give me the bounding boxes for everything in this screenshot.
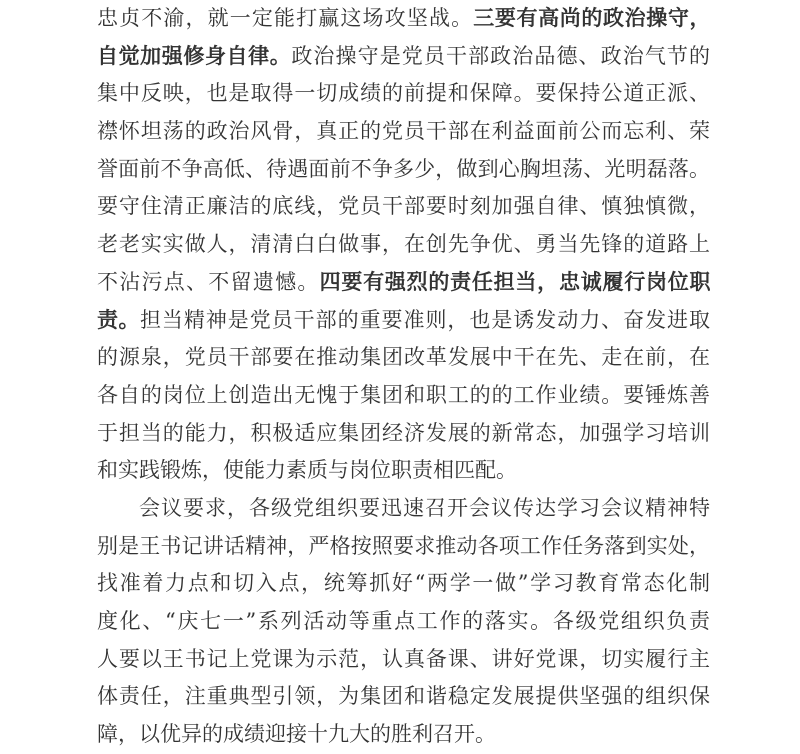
document-page: 忠贞不渝，就一定能打赢这场攻坚战。三要有高尚的政治操守，自觉加强修身自律。政治操…	[0, 0, 800, 754]
text-line: 襟怀坦荡的政治风骨，真正的党员干部在利益面前公而忘利、荣	[97, 113, 710, 151]
text-line: 各自的岗位上创造出无愧于集团和职工的的工作业绩。要锤炼善	[97, 377, 710, 415]
text-line: 不沾污点、不留遗憾。四要有强烈的责任担当，忠诚履行岗位职	[97, 264, 710, 302]
text-line: 会议要求，各级党组织要迅速召开会议传达学习会议精神特	[97, 490, 710, 528]
text-line: 的源泉，党员干部要在推动集团改革发展中干在先、走在前，在	[97, 339, 710, 377]
text-line: 度化、“庆七一”系列活动等重点工作的落实。各级党组织负责	[97, 603, 710, 641]
text-segment: 和实践锻炼，使能力素质与岗位职责相匹配。	[97, 458, 517, 482]
document-body: 忠贞不渝，就一定能打赢这场攻坚战。三要有高尚的政治操守，自觉加强修身自律。政治操…	[97, 0, 710, 754]
text-line: 责。担当精神是党员干部的重要准则，也是诱发动力、奋发进取	[97, 302, 710, 340]
text-segment-bold: 自觉加强修身自律。	[97, 44, 291, 68]
text-line: 找准着力点和切入点，统筹抓好“两学一做”学习教育常态化制	[97, 565, 710, 603]
text-line: 自觉加强修身自律。政治操守是党员干部政治品德、政治气节的	[97, 38, 710, 76]
text-line: 体责任，注重典型引领，为集团和谐稳定发展提供坚强的组织保	[97, 678, 710, 716]
text-segment: 老老实实做人，清清白白做事，在创先争优、勇当先锋的道路上	[97, 232, 710, 256]
text-line: 别是王书记讲话精神，严格按照要求推动各项工作任务落到实处，	[97, 528, 710, 566]
paragraph: 忠贞不渝，就一定能打赢这场攻坚战。三要有高尚的政治操守，自觉加强修身自律。政治操…	[97, 0, 710, 490]
paragraph: 会议要求，各级党组织要迅速召开会议传达学习会议精神特别是王书记讲话精神，严格按照…	[97, 490, 710, 754]
text-segment: 于担当的能力，积极适应集团经济发展的新常态，加强学习培训	[97, 421, 710, 445]
text-segment: 会议要求，各级党组织要迅速召开会议传达学习会议精神特	[139, 496, 710, 520]
text-segment: 忠贞不渝，就一定能打赢这场攻坚战。	[97, 6, 473, 30]
text-segment: 各自的岗位上创造出无愧于集团和职工的的工作业绩。要锤炼善	[97, 383, 710, 407]
text-segment: 政治操守是党员干部政治品德、政治气节的	[291, 44, 710, 68]
text-segment: 誉面前不争高低、待遇面前不争多少，做到心胸坦荡、光明磊落。	[97, 157, 710, 181]
text-line: 和实践锻炼，使能力素质与岗位职责相匹配。	[97, 452, 710, 490]
text-segment: 担当精神是党员干部的重要准则，也是诱发动力、奋发进取	[140, 308, 710, 332]
text-segment: 度化、“庆七一”系列活动等重点工作的落实。各级党组织负责	[97, 609, 710, 633]
text-segment: 别是王书记讲话精神，严格按照要求推动各项工作任务落到实处，	[97, 534, 710, 558]
text-line: 人要以王书记上党课为示范，认真备课、讲好党课，切实履行主	[97, 641, 710, 679]
text-segment-bold: 责。	[97, 308, 140, 332]
text-line: 老老实实做人，清清白白做事，在创先争优、勇当先锋的道路上	[97, 226, 710, 264]
text-segment: 体责任，注重典型引领，为集团和谐稳定发展提供坚强的组织保	[97, 684, 710, 708]
text-segment: 襟怀坦荡的政治风骨，真正的党员干部在利益面前公而忘利、荣	[97, 119, 710, 143]
text-segment: 障，以优异的成绩迎接十九大的胜利召开。	[97, 722, 496, 746]
text-segment-bold: 三要有高尚的政治操守，	[473, 6, 710, 30]
text-segment: 要守住清正廉洁的底线，党员干部要时刻加强自律、慎独慎微，	[97, 194, 710, 218]
text-line: 要守住清正廉洁的底线，党员干部要时刻加强自律、慎独慎微，	[97, 188, 710, 226]
text-line: 集中反映，也是取得一切成绩的前提和保障。要保持公道正派、	[97, 75, 710, 113]
text-segment: 不沾污点、不留遗憾。	[97, 270, 320, 294]
text-segment: 人要以王书记上党课为示范，认真备课、讲好党课，切实履行主	[97, 647, 710, 671]
text-line: 障，以优异的成绩迎接十九大的胜利召开。	[97, 716, 710, 754]
text-line: 誉面前不争高低、待遇面前不争多少，做到心胸坦荡、光明磊落。	[97, 151, 710, 189]
text-segment: 集中反映，也是取得一切成绩的前提和保障。要保持公道正派、	[97, 81, 710, 105]
text-segment-bold: 四要有强烈的责任担当，忠诚履行岗位职	[320, 270, 710, 294]
text-line: 于担当的能力，积极适应集团经济发展的新常态，加强学习培训	[97, 415, 710, 453]
text-segment: 找准着力点和切入点，统筹抓好“两学一做”学习教育常态化制	[97, 571, 710, 595]
text-line: 忠贞不渝，就一定能打赢这场攻坚战。三要有高尚的政治操守，	[97, 0, 710, 38]
text-segment: 的源泉，党员干部要在推动集团改革发展中干在先、走在前，在	[97, 345, 710, 369]
